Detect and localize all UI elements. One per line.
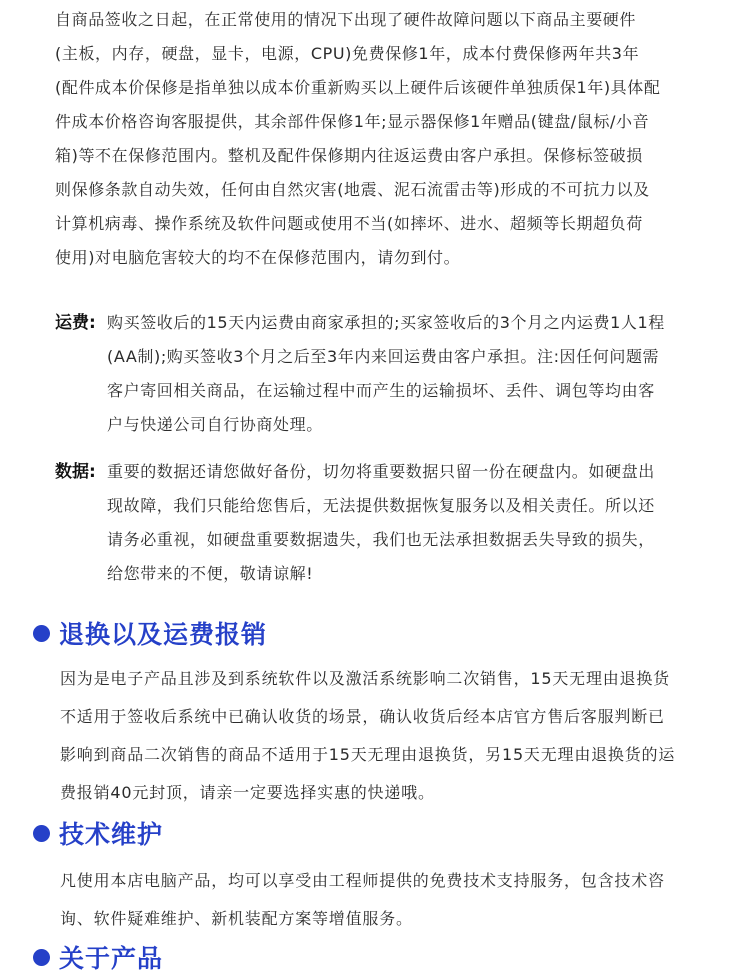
paragraph-line: 询、软件疑难维护、新机装配方案等增值服务。 bbox=[60, 900, 730, 938]
section-heading-returns: 退换以及运费报销 bbox=[33, 613, 267, 653]
paragraph-line: (配件成本价保修是指单独以成本价重新购买以上硬件后该硬件单独质保1年)具体配 bbox=[55, 71, 725, 105]
section-title: 技术维护 bbox=[59, 815, 163, 851]
paragraph-line: 因为是电子产品且涉及到系统软件以及激活系统影响二次销售，15天无理由退换货 bbox=[60, 660, 730, 698]
paragraph-line: 不适用于签收后系统中已确认收货的场景，确认收货后经本店官方售后客服判断已 bbox=[60, 698, 730, 736]
paragraph-line: 给您带来的不便，敬请谅解! bbox=[107, 557, 655, 591]
returns-body: 因为是电子产品且涉及到系统软件以及激活系统影响二次销售，15天无理由退换货 不适… bbox=[60, 660, 730, 812]
bullet-dot-icon bbox=[33, 625, 50, 642]
paragraph-line: 客户寄回相关商品，在运输过程中而产生的运输损坏、丢件、调包等均由客 bbox=[107, 374, 665, 408]
section-title: 退换以及运费报销 bbox=[59, 615, 267, 651]
shipping-label: 运费: bbox=[55, 306, 96, 340]
paragraph-line: 影响到商品二次销售的商品不适用于15天无理由退换货，另15天无理由退换货的运 bbox=[60, 736, 730, 774]
paragraph-line: 计算机病毒、操作系统及软件问题或使用不当(如摔坏、进水、超频等长期超负荷 bbox=[55, 207, 725, 241]
paragraph-line: 户与快递公司自行协商处理。 bbox=[107, 408, 665, 442]
paragraph-line: 重要的数据还请您做好备份，切勿将重要数据只留一份在硬盘内。如硬盘出 bbox=[107, 455, 655, 489]
warranty-intro: 自商品签收之日起，在正常使用的情况下出现了硬件故障问题以下商品主要硬件 (主板，… bbox=[55, 3, 725, 275]
paragraph-line: 现故障，我们只能给您售后，无法提供数据恢复服务以及相关责任。所以还 bbox=[107, 489, 655, 523]
paragraph-line: 箱)等不在保修范围内。整机及配件保修期内往返运费由客户承担。保修标签破损 bbox=[55, 139, 725, 173]
tech-support-body: 凡使用本店电脑产品，均可以享受由工程师提供的免费技术支持服务，包含技术咨 询、软… bbox=[60, 862, 730, 938]
paragraph-line: 则保修条款自动失效，任何由自然灾害(地震、泥石流雷击等)形成的不可抗力以及 bbox=[55, 173, 725, 207]
paragraph-line: 自商品签收之日起，在正常使用的情况下出现了硬件故障问题以下商品主要硬件 bbox=[55, 3, 725, 37]
section-heading-about-product: 关于产品 bbox=[33, 937, 163, 977]
paragraph-line: 费报销40元封顶，请亲一定要选择实惠的快递哦。 bbox=[60, 774, 730, 812]
bullet-dot-icon bbox=[33, 825, 50, 842]
paragraph-line: 购买签收后的15天内运费由商家承担的;买家签收后的3个月之内运费1人1程 bbox=[107, 306, 665, 340]
section-title: 关于产品 bbox=[59, 939, 163, 975]
paragraph-line: 件成本价格咨询客服提供，其余部件保修1年;显示器保修1年赠品(键盘/鼠标/小音 bbox=[55, 105, 725, 139]
paragraph-line: (主板，内存，硬盘，显卡，电源，CPU)免费保修1年，成本付费保修两年共3年 bbox=[55, 37, 725, 71]
data-label: 数据: bbox=[55, 455, 96, 489]
paragraph-line: 使用)对电脑危害较大的均不在保修范围内，请勿到付。 bbox=[55, 241, 725, 275]
section-heading-tech-support: 技术维护 bbox=[33, 813, 163, 853]
bullet-dot-icon bbox=[33, 949, 50, 966]
paragraph-line: 凡使用本店电脑产品，均可以享受由工程师提供的免费技术支持服务，包含技术咨 bbox=[60, 862, 730, 900]
paragraph-line: (AA制);购买签收3个月之后至3年内来回运费由客户承担。注:因任何问题需 bbox=[107, 340, 665, 374]
paragraph-line: 请务必重视，如硬盘重要数据遗失，我们也无法承担数据丢失导致的损失， bbox=[107, 523, 655, 557]
